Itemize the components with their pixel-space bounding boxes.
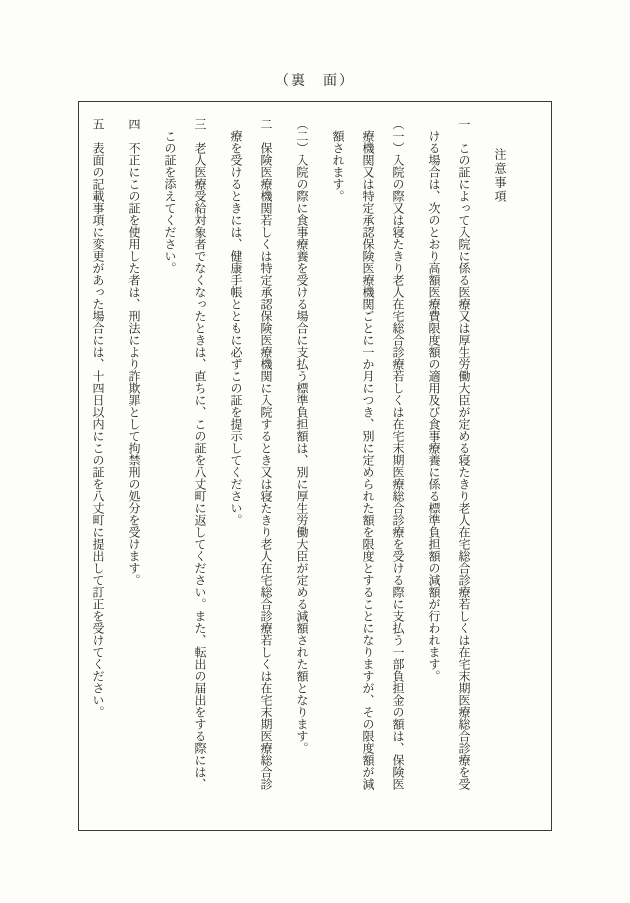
notice-title: 注意事項 [485, 118, 515, 800]
notice-item-5: 五 表面の記載事項に変更があった場合には、十四日以内にこの証を八丈町に提出して訂… [83, 118, 113, 800]
notice-item-1-sub-1: （一）入院の際又は寝たきり老人在宅総合診療若しくは在宅末期医療総合診療を受ける際… [323, 118, 413, 800]
notice-item-1-sub-2: （二）入院の際に食事療養を受ける場合に支払う標準負担額は、別に厚生労働大臣が定め… [287, 118, 317, 800]
notice-item-3: 三 老人医療受給対象者でなくなったときは、直ちに、この証を八丈町に返してください… [155, 118, 215, 800]
page-side-label: （裏 面） [0, 70, 630, 90]
vertical-text-area: 注意事項 一 この証によって入院に係る医療又は厚生労働大臣が定める寝たきり老人在… [83, 118, 515, 800]
notice-box: 注意事項 一 この証によって入院に係る医療又は厚生労働大臣が定める寝たきり老人在… [78, 101, 552, 831]
notice-item-1: 一 この証によって入院に係る医療又は厚生労働大臣が定める寝たきり老人在宅総合診療… [419, 118, 479, 800]
certificate-back-page: （裏 面） 注意事項 一 この証によって入院に係る医療又は厚生労働大臣が定める寝… [0, 0, 630, 903]
notice-item-2: 二 保険医療機関若しくは特定承認保険医療機関に入院するとき又は寝たきり老人在宅総… [221, 118, 281, 800]
notice-item-4: 四 不正にこの証を使用した者は、刑法により詐欺罪として拘禁刑の処分を受けます。 [119, 118, 149, 800]
